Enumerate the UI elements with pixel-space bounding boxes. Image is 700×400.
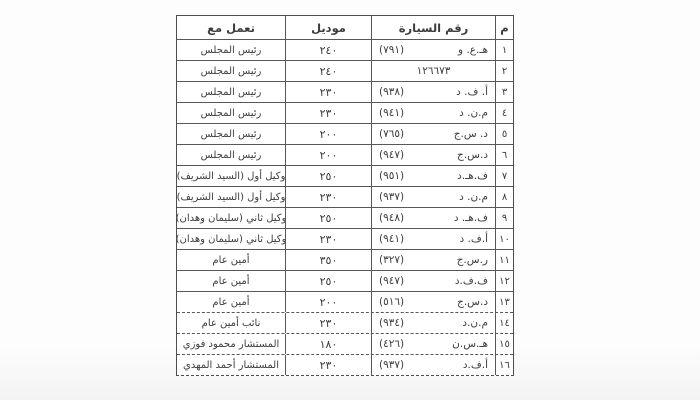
model-cell: ٢٥٠	[285, 166, 371, 186]
car-letters-value: ف.هـ.د	[457, 170, 488, 182]
scanned-page: { "table": { "headers": { "serial": "م",…	[0, 0, 700, 400]
works-with-cell: أمين عام	[177, 292, 285, 312]
car-number-cell: د.س.ج (٥١٦)	[371, 292, 495, 312]
car-plate-number-value: (٧٩١)	[379, 44, 404, 56]
works-with-value: رئيس المجلس	[201, 87, 262, 98]
serial-cell: ٢	[495, 61, 513, 81]
works-with-value: رئيس المجلس	[201, 45, 262, 56]
car-plate-number-value: (٩٣٧)	[379, 359, 404, 371]
car-plate-number-value: (٧٦٥)	[379, 128, 404, 140]
table-row: ١٣ د.س.ج (٥١٦) ٢٠٠ أمين عام	[177, 291, 513, 312]
serial-cell: ١١	[495, 250, 513, 270]
serial-cell: ١٤	[495, 313, 513, 333]
serial-value: ٤	[502, 108, 507, 119]
car-letters-value: ف.هـ. د	[454, 212, 488, 224]
table-row: ١٤ م.ن.د (٩٣٤) ٢٣٠ نائب أمين عام	[177, 312, 513, 333]
model-cell: ٢٣٠	[285, 187, 371, 207]
works-with-value: وكيل ثاني (سليمان وهدان)	[177, 234, 285, 245]
model-value: ٢٣٠	[320, 233, 338, 246]
works-with-value: رئيس المجلس	[201, 108, 262, 119]
serial-cell: ٣	[495, 82, 513, 102]
works-with-cell: أمين عام	[177, 271, 285, 291]
car-plate-number-value: (٩٤١)	[379, 233, 404, 245]
car-letters-value: م.ن.د	[462, 317, 488, 329]
header-car-number: رقم السيارة	[371, 16, 495, 39]
model-cell: ٣٥٠	[285, 250, 371, 270]
works-with-value: وكيل ثاني (سليمان وهدان)	[177, 213, 285, 224]
model-cell: ٢٤٠	[285, 61, 371, 81]
model-value: ٢٣٠	[320, 359, 338, 372]
model-cell: ٢٥٠	[285, 271, 371, 291]
serial-cell: ١	[495, 40, 513, 60]
car-letters-value: هـ.س.ن	[452, 338, 488, 350]
model-value: ٢٣٠	[320, 317, 338, 330]
works-with-cell: وكيل أول (السيد الشريف)	[177, 166, 285, 186]
model-cell: ٢٠٠	[285, 292, 371, 312]
serial-cell: ٧	[495, 166, 513, 186]
table-row: ٤ م.ن. د (٩٤١) ٢٣٠ رئيس المجلس	[177, 102, 513, 123]
table-row: ٨ م.ن. د (٩٣٧) ٢٣٠ وكيل أول (السيد الشري…	[177, 186, 513, 207]
car-number-cell: م.ن.د (٩٣٤)	[371, 313, 495, 333]
table-row: ١٢ ف.ف.د (٩٤٧) ٢٥٠ أمين عام	[177, 270, 513, 291]
header-serial: م	[495, 16, 513, 39]
car-letters-value: هـ.ع. و	[458, 44, 488, 56]
header-works-with-label: تعمل مع	[207, 21, 255, 35]
car-letters-value: ١٢٦٦٧٣	[417, 65, 451, 77]
serial-cell: ٥	[495, 124, 513, 144]
car-number-cell: هـ.ع. و (٧٩١)	[371, 40, 495, 60]
works-with-value: المستشار أحمد المهدي	[183, 360, 279, 371]
car-letters-value: م.ن. د	[459, 107, 488, 119]
car-number-cell: م.ن. د (٩٤١)	[371, 103, 495, 123]
table-row: ١٦ أ.ف.د (٩٣٧) ٢٣٠ المستشار أحمد المهدي	[177, 354, 513, 375]
car-letters-value: ر.س.ج	[457, 254, 488, 266]
works-with-value: أمين عام	[212, 276, 249, 287]
serial-cell: ١٠	[495, 229, 513, 249]
works-with-cell: رئيس المجلس	[177, 145, 285, 165]
vehicles-table: م رقم السيارة موديل تعمل مع ١ هـ.ع. و (٧…	[176, 15, 514, 376]
model-cell: ٢٣٠	[285, 355, 371, 375]
car-number-cell: أ. ف. د (٩٣٨)	[371, 82, 495, 102]
car-number-cell: ف.ف.د (٩٤٧)	[371, 271, 495, 291]
table-row: ٣ أ. ف. د (٩٣٨) ٢٣٠ رئيس المجلس	[177, 81, 513, 102]
table-row: ١٥ هـ.س.ن (٤٢٦) ١٨٠ المستشار محمود فوزي	[177, 333, 513, 354]
model-cell: ٢٣٠	[285, 103, 371, 123]
car-letters-value: أ. ف. د	[456, 86, 488, 98]
car-number-cell: ف.هـ.د (٩٥١)	[371, 166, 495, 186]
serial-value: ١٦	[499, 360, 510, 371]
table-row: ١١ ر.س.ج (٣٢٧) ٣٥٠ أمين عام	[177, 249, 513, 270]
model-value: ٢٠٠	[320, 128, 338, 141]
works-with-cell: وكيل ثاني (سليمان وهدان)	[177, 208, 285, 228]
model-value: ٢٤٠	[320, 65, 338, 78]
serial-cell: ١٦	[495, 355, 513, 375]
car-letters-value: م.ن. د	[459, 191, 488, 203]
car-number-cell: د.س.ج (٩٤٧)	[371, 145, 495, 165]
serial-value: ١٣	[499, 297, 510, 308]
serial-value: ١٠	[499, 234, 510, 245]
serial-value: ١	[502, 45, 507, 56]
car-number-cell: هـ.س.ن (٤٢٦)	[371, 334, 495, 354]
table-row: ١ هـ.ع. و (٧٩١) ٢٤٠ رئيس المجلس	[177, 39, 513, 60]
serial-cell: ١٥	[495, 334, 513, 354]
header-works-with: تعمل مع	[177, 16, 285, 39]
works-with-value: رئيس المجلس	[201, 150, 262, 161]
car-number-cell: ف.هـ. د (٩٤٨)	[371, 208, 495, 228]
model-cell: ٢٠٠	[285, 145, 371, 165]
car-plate-number-value: (٩٤٨)	[379, 212, 404, 224]
serial-cell: ١٣	[495, 292, 513, 312]
table-row: ١٠ أ.ف. د (٩٤١) ٢٣٠ وكيل ثاني (سليمان وه…	[177, 228, 513, 249]
serial-value: ٨	[502, 192, 507, 203]
works-with-cell: رئيس المجلس	[177, 82, 285, 102]
serial-cell: ١٢	[495, 271, 513, 291]
car-letters-value: د.س.ج	[457, 296, 488, 308]
serial-value: ٣	[502, 87, 507, 98]
model-cell: ٢٣٠	[285, 82, 371, 102]
car-plate-number-value: (٩٤٧)	[379, 149, 404, 161]
works-with-value: رئيس المجلس	[201, 129, 262, 140]
serial-value: ١٢	[499, 276, 510, 287]
works-with-cell: نائب أمين عام	[177, 313, 285, 333]
works-with-cell: رئيس المجلس	[177, 124, 285, 144]
header-model: موديل	[285, 16, 371, 39]
car-plate-number-value: (٩٥١)	[379, 170, 404, 182]
serial-value: ٢	[502, 66, 507, 77]
car-plate-number-value: (٩٤٧)	[379, 275, 404, 287]
model-value: ٢٥٠	[320, 275, 338, 288]
model-value: ٢٠٠	[320, 296, 338, 309]
works-with-cell: رئيس المجلس	[177, 103, 285, 123]
car-plate-number-value: (٥١٦)	[379, 296, 404, 308]
table-row: ٩ ف.هـ. د (٩٤٨) ٢٥٠ وكيل ثاني (سليمان وه…	[177, 207, 513, 228]
serial-cell: ٤	[495, 103, 513, 123]
car-plate-number-value: (٩٣٨)	[379, 86, 404, 98]
serial-value: ٩	[502, 213, 507, 224]
works-with-cell: رئيس المجلس	[177, 40, 285, 60]
car-letters-value: أ.ف. د	[460, 233, 489, 245]
table-row: ٢ ١٢٦٦٧٣ ٢٤٠ رئيس المجلس	[177, 60, 513, 81]
car-number-cell: م.ن. د (٩٣٧)	[371, 187, 495, 207]
model-value: ٣٥٠	[320, 254, 338, 267]
car-plate-number-value: (٣٢٧)	[379, 254, 404, 266]
car-number-cell: أ.ف. د (٩٤١)	[371, 229, 495, 249]
model-value: ٢٣٠	[320, 107, 338, 120]
serial-value: ١٥	[499, 339, 510, 350]
serial-value: ١١	[499, 255, 510, 266]
serial-cell: ٩	[495, 208, 513, 228]
table-row: ٦ د.س.ج (٩٤٧) ٢٠٠ رئيس المجلس	[177, 144, 513, 165]
works-with-value: وكيل أول (السيد الشريف)	[177, 192, 285, 203]
model-value: ٢٥٠	[320, 212, 338, 225]
model-cell: ٢٣٠	[285, 313, 371, 333]
works-with-value: أمين عام	[212, 297, 249, 308]
car-number-cell: د. س.ج (٧٦٥)	[371, 124, 495, 144]
model-value: ٢٤٠	[320, 44, 338, 57]
works-with-value: وكيل أول (السيد الشريف)	[177, 171, 285, 182]
header-serial-label: م	[500, 21, 508, 35]
works-with-value: المستشار محمود فوزي	[183, 339, 280, 350]
header-car-number-label: رقم السيارة	[399, 21, 469, 35]
model-value: ٢٣٠	[320, 191, 338, 204]
serial-value: ١٤	[499, 318, 510, 329]
header-model-label: موديل	[311, 21, 346, 35]
model-value: ٢٠٠	[320, 149, 338, 162]
model-cell: ٢٠٠	[285, 124, 371, 144]
car-number-cell: أ.ف.د (٩٣٧)	[371, 355, 495, 375]
table-row: ٧ ف.هـ.د (٩٥١) ٢٥٠ وكيل أول (السيد الشري…	[177, 165, 513, 186]
car-letters-value: د.س.ج	[457, 149, 488, 161]
works-with-cell: المستشار محمود فوزي	[177, 334, 285, 354]
car-plate-number-value: (٤٢٦)	[379, 338, 404, 350]
table-row: ٥ د. س.ج (٧٦٥) ٢٠٠ رئيس المجلس	[177, 123, 513, 144]
works-with-cell: المستشار أحمد المهدي	[177, 355, 285, 375]
car-number-cell: ر.س.ج (٣٢٧)	[371, 250, 495, 270]
car-letters-value: أ.ف.د	[463, 359, 488, 371]
car-plate-number-value: (٩٤١)	[379, 107, 404, 119]
car-letters-value: د. س.ج	[454, 128, 488, 140]
works-with-value: أمين عام	[212, 255, 249, 266]
model-cell: ٢٤٠	[285, 40, 371, 60]
serial-cell: ٦	[495, 145, 513, 165]
serial-value: ٥	[502, 129, 507, 140]
serial-cell: ٨	[495, 187, 513, 207]
works-with-value: رئيس المجلس	[201, 66, 262, 77]
model-cell: ٢٥٠	[285, 208, 371, 228]
car-letters-value: ف.ف.د	[455, 275, 488, 287]
model-cell: ١٨٠	[285, 334, 371, 354]
works-with-cell: رئيس المجلس	[177, 61, 285, 81]
table-header-row: م رقم السيارة موديل تعمل مع	[177, 16, 513, 39]
serial-value: ٦	[502, 150, 507, 161]
car-plate-number-value: (٩٣٤)	[379, 317, 404, 329]
model-value: ١٨٠	[320, 338, 338, 351]
works-with-value: نائب أمين عام	[202, 318, 261, 329]
works-with-cell: وكيل أول (السيد الشريف)	[177, 187, 285, 207]
model-value: ٢٣٠	[320, 86, 338, 99]
works-with-cell: أمين عام	[177, 250, 285, 270]
serial-value: ٧	[502, 171, 507, 182]
model-cell: ٢٣٠	[285, 229, 371, 249]
model-value: ٢٥٠	[320, 170, 338, 183]
car-plate-number-value: (٩٣٧)	[379, 191, 404, 203]
car-number-cell: ١٢٦٦٧٣	[371, 61, 495, 81]
works-with-cell: وكيل ثاني (سليمان وهدان)	[177, 229, 285, 249]
